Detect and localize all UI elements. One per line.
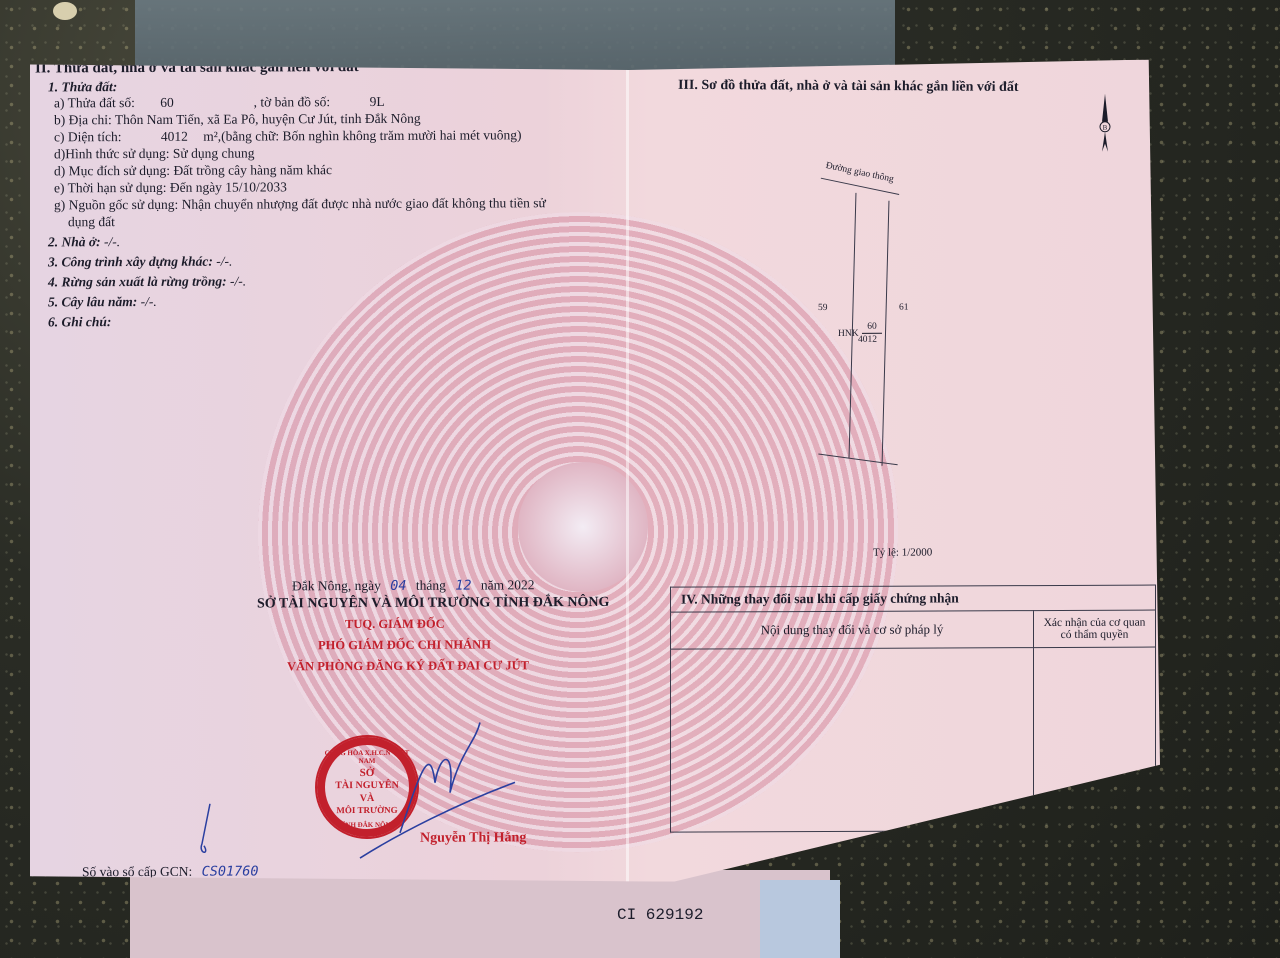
area-label: c) Diện tích: [54, 129, 121, 144]
origin-value: Nhận chuyển nhượng đất được nhà nước gia… [182, 195, 546, 212]
map-sheet-number: 9L [334, 94, 385, 109]
issuing-agency: SỞ TÀI NGUYÊN VÀ MÔI TRƯỜNG TỈNH ĐẮK NÔN… [257, 595, 609, 613]
purpose-value: Đất trồng cây hàng năm khác [173, 162, 332, 178]
authority-line-3: VĂN PHÒNG ĐĂNG KÝ ĐẤT ĐAI CƯ JÚT [287, 658, 529, 674]
parcel-label: a) Thửa đất số: [54, 95, 135, 110]
map-sheet-label: , tờ bản đồ số: [224, 94, 331, 109]
page-fold [626, 62, 629, 882]
item1-heading: 1. Thửa đất: [48, 79, 117, 95]
certificate-serial-number: CI 629192 [617, 906, 703, 924]
section-iii-title: III. Sơ đồ thửa đất, nhà ở và tài sản kh… [678, 78, 1019, 96]
address-row: b) Địa chỉ: Thôn Nam Tiến, xã Ea Pô, huy… [54, 111, 421, 129]
address-label: b) Địa chỉ: [54, 112, 112, 127]
change-content-cell [671, 648, 1034, 833]
item5-value: -/-. [141, 294, 157, 309]
parcel-right-boundary [882, 201, 890, 466]
registry-number: CS01760 [196, 863, 259, 879]
item5-label: 5. Cây lâu năm: [48, 294, 137, 309]
area-words: ,(bằng chữ: Bốn nghìn không trăm mười ha… [218, 127, 522, 143]
svg-text:B: B [1103, 124, 1108, 132]
background-coin [53, 2, 77, 20]
origin-continued: dụng đất [68, 214, 115, 230]
authority-line-1: TUQ. GIÁM ĐỐC [345, 617, 445, 632]
issue-month: 12 [449, 578, 477, 594]
usage-form-value: Sử dụng chung [173, 145, 255, 160]
issue-date-row: Đắk Nông, ngày 04 tháng 12 năm 2022 [292, 577, 535, 594]
year-label: năm 2022 [481, 577, 535, 592]
underlying-blue-sheet [760, 880, 840, 958]
section-iv-title: IV. Những thay đổi sau khi cấp giấy chứn… [671, 585, 1156, 612]
neighbor-parcel-59: 59 [818, 303, 828, 313]
item3-value: -/-. [216, 254, 232, 269]
area-value: 4012 [125, 129, 188, 144]
item4-row: 4. Rừng sản xuất là rừng trồng: -/-. [48, 274, 246, 291]
item2-label: 2. Nhà ở: [48, 234, 101, 249]
parcel-row: a) Thửa đất số: 60 , tờ bản đồ số: 9L [54, 94, 385, 111]
item2-value: -/-. [104, 234, 120, 249]
item3-row: 3. Công trình xây dựng khác: -/-. [48, 254, 232, 271]
item5-row: 5. Cây lâu năm: -/-. [48, 294, 157, 310]
item6-label: 6. Ghi chú: [48, 314, 111, 330]
term-value: Đến ngày 15/10/2033 [170, 179, 287, 195]
parcel-number: 60 [138, 95, 220, 111]
item4-value: -/-. [230, 274, 246, 289]
land-certificate-page: II. Thửa đất, nhà ở và tài sản khác gắn … [30, 60, 1160, 885]
usage-form-row: d)Hình thức sử dụng: Sử dụng chung [54, 145, 254, 162]
address-value: Thôn Nam Tiến, xã Ea Pô, huyện Cư Jút, t… [115, 111, 421, 127]
north-arrow-icon: B [1098, 94, 1112, 152]
col-change-content-header: Nội dung thay đổi và cơ sở pháp lý [671, 611, 1034, 650]
usage-form-label: d)Hình thức sử dụng: [54, 146, 170, 162]
issue-day: 04 [384, 578, 412, 594]
term-row: e) Thời hạn sử dụng: Đến ngày 15/10/2033 [54, 179, 287, 196]
land-code: HNK [838, 329, 859, 339]
map-scale: Tỷ lệ: 1/2000 [873, 547, 932, 559]
authority-line-2: PHÓ GIÁM ĐỐC CHI NHÁNH [318, 637, 491, 653]
item2-row: 2. Nhà ở: -/-. [48, 234, 120, 250]
area-unit: m² [191, 129, 218, 144]
item4-label: 4. Rừng sản xuất là rừng trồng: [48, 274, 227, 290]
parcel-fraction-bottom: 4012 [858, 335, 877, 345]
area-row: c) Diện tích: 4012 m²,(bằng chữ: Bốn ngh… [54, 127, 522, 145]
signer-name: Nguyễn Thị Hằng [420, 830, 526, 846]
underlying-document [130, 870, 830, 958]
col-authority-confirmation-header: Xác nhận của cơ quan có thẩm quyền [1034, 610, 1156, 648]
neighbor-parcel-61: 61 [899, 303, 909, 313]
term-label: e) Thời hạn sử dụng: [54, 180, 166, 195]
origin-row: g) Nguồn gốc sử dụng: Nhận chuyển nhượng… [54, 195, 546, 213]
purpose-row: d) Mục đích sử dụng: Đất trồng cây hàng … [54, 162, 332, 179]
registrar-checkmark [190, 804, 230, 864]
item3-label: 3. Công trình xây dựng khác: [48, 254, 213, 270]
month-label: tháng [416, 578, 446, 593]
origin-label: g) Nguồn gốc sử dụng: [54, 197, 178, 213]
date-prefix: Đắk Nông, ngày [292, 578, 381, 593]
purpose-label: d) Mục đích sử dụng: [54, 163, 170, 179]
parcel-fraction-top: 60 [862, 322, 882, 334]
